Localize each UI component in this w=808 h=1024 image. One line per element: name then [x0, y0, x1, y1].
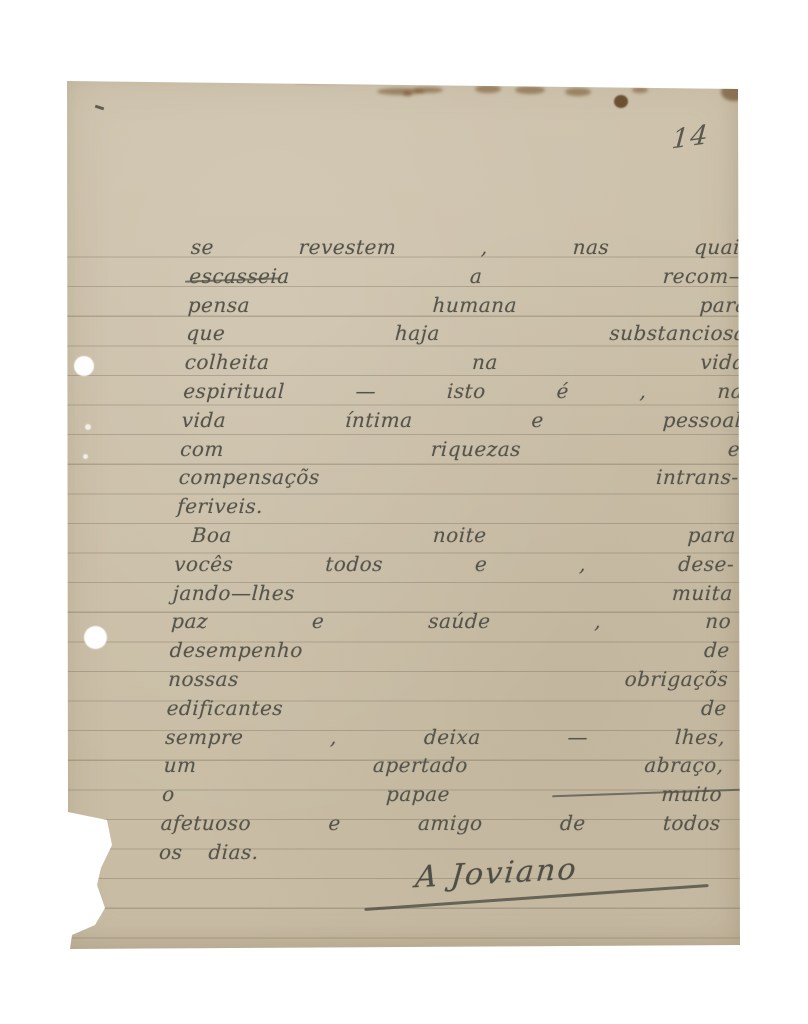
word: muita: [671, 579, 733, 608]
stain: [721, 83, 747, 101]
pencil-scratch-mark: [95, 105, 104, 111]
handwritten-line: desempenhode: [169, 636, 731, 665]
handwritten-line: afetuosoeamigodetodos: [160, 809, 722, 838]
stain: [403, 91, 412, 96]
handwritten-line: Boanoitepara: [175, 521, 737, 550]
word: paz: [170, 607, 208, 636]
handwritten-line: vidaíntimaepessoal: [181, 406, 743, 435]
word: íntima: [344, 406, 413, 435]
handwritten-line: compensaçõsintrans-: [178, 463, 740, 492]
word: vida: [700, 348, 746, 377]
handwritten-line: pazesaúde,no: [170, 607, 732, 636]
handwritten-line: escasseiaarecom—: [189, 262, 751, 291]
word: saúde: [428, 607, 492, 636]
word: quais: [693, 233, 751, 262]
hole-punch: [84, 626, 107, 649]
word: todos: [662, 809, 721, 838]
word: o: [161, 780, 175, 809]
word: apertado: [372, 751, 468, 780]
word: ,: [480, 233, 488, 262]
word: todos: [325, 550, 384, 579]
scan-background: { "page": { "number": "14" }, "letter": …: [0, 0, 808, 1024]
word: se: [190, 233, 215, 262]
word: escasseia: [189, 262, 291, 291]
word: no: [705, 607, 732, 636]
word: revestem: [298, 233, 397, 262]
word: e: [311, 607, 325, 636]
word: a: [469, 262, 483, 291]
word: edificantes: [166, 694, 284, 723]
word: deixa: [423, 723, 481, 752]
word: obrigaçõs: [624, 665, 729, 694]
handwritten-line: comriquezase: [180, 435, 742, 464]
word: ,: [579, 550, 587, 579]
word: compensaçõs: [178, 463, 320, 492]
word: Boa: [191, 521, 233, 550]
word: é: [556, 377, 570, 406]
word: pessoal: [662, 406, 743, 435]
word: humana: [432, 291, 518, 320]
page-number: 14: [671, 120, 710, 156]
letter-body: serevestem,nasquais escasseiaarecom— pen…: [158, 233, 751, 867]
stain: [614, 95, 628, 108]
handwritten-line: quehajasubstanciosa: [186, 319, 748, 348]
word: desempenho: [169, 636, 304, 665]
word: isto: [446, 377, 486, 406]
word: de: [700, 694, 727, 723]
stain: [515, 86, 545, 94]
word: de: [703, 636, 730, 665]
word: e: [727, 435, 741, 464]
stain: [475, 85, 501, 93]
word: para: [699, 291, 749, 320]
handwritten-line: serevestem,nasquais: [190, 233, 752, 262]
word: lhes,: [674, 723, 726, 752]
word: que: [186, 319, 227, 348]
word: ,: [330, 723, 338, 752]
stain: [632, 87, 648, 93]
word: riquezas: [430, 435, 522, 464]
word: dese-: [677, 550, 735, 579]
hole-punch: [74, 356, 94, 376]
word: papae: [385, 780, 450, 809]
word: e: [328, 809, 342, 838]
word: jando—lhes: [172, 579, 296, 608]
word: os: [158, 838, 183, 867]
word: noite: [432, 521, 487, 550]
word: recom—: [662, 262, 750, 291]
handwritten-line: feriveis.: [177, 492, 739, 521]
word: ,: [639, 377, 647, 406]
word: colheita: [184, 348, 270, 377]
handwritten-line: opapaemuito: [161, 780, 723, 809]
word: na: [717, 377, 744, 406]
word: muito: [661, 780, 723, 809]
word: ,: [594, 607, 602, 636]
word: pensa: [187, 291, 251, 320]
word: nossas: [167, 665, 239, 694]
paper-speck: [85, 424, 91, 430]
stain: [565, 88, 591, 96]
word: com: [180, 435, 225, 464]
word: vocês: [173, 550, 234, 579]
word: vida: [181, 406, 227, 435]
handwritten-line: sempre,deixa—lhes,: [164, 723, 726, 752]
letter-paper: 14 serevestem,nasquais escasseiaarecom— …: [66, 78, 742, 950]
handwritten-line: pensahumanapara: [187, 291, 749, 320]
handwritten-line: colheitanavida: [184, 348, 746, 377]
word: —: [355, 377, 377, 406]
word: substanciosa: [609, 319, 747, 348]
word: haja: [394, 319, 440, 348]
word: espiritual: [183, 377, 286, 406]
word: feriveis.: [177, 492, 264, 521]
signature: A Joviano: [414, 852, 579, 895]
stain: [413, 87, 443, 93]
handwritten-line: edificantesde: [166, 694, 728, 723]
handwritten-line: espiritual—istoé,na: [183, 377, 745, 406]
word: na: [471, 348, 498, 377]
word: e: [531, 406, 545, 435]
word: abraço,: [644, 751, 725, 780]
word: sempre: [164, 723, 244, 752]
word: amigo: [417, 809, 483, 838]
word: —: [567, 723, 589, 752]
handwritten-line: nossasobrigaçõs: [167, 665, 729, 694]
word: intrans-: [655, 463, 739, 492]
word: um: [163, 751, 197, 780]
word: nas: [572, 233, 610, 262]
signature-block: A Joviano: [386, 856, 726, 926]
word: para: [687, 521, 737, 550]
word: afetuoso: [160, 809, 252, 838]
word: dias.: [208, 838, 260, 867]
handwritten-line: jando—lhesmuita: [172, 579, 734, 608]
handwritten-line: vocêstodose,dese-: [173, 550, 735, 579]
paper-speck: [83, 454, 88, 459]
handwritten-line: umapertadoabraço,: [163, 751, 725, 780]
word: de: [559, 809, 586, 838]
word: e: [474, 550, 488, 579]
top-edge-shading: [296, 81, 742, 84]
